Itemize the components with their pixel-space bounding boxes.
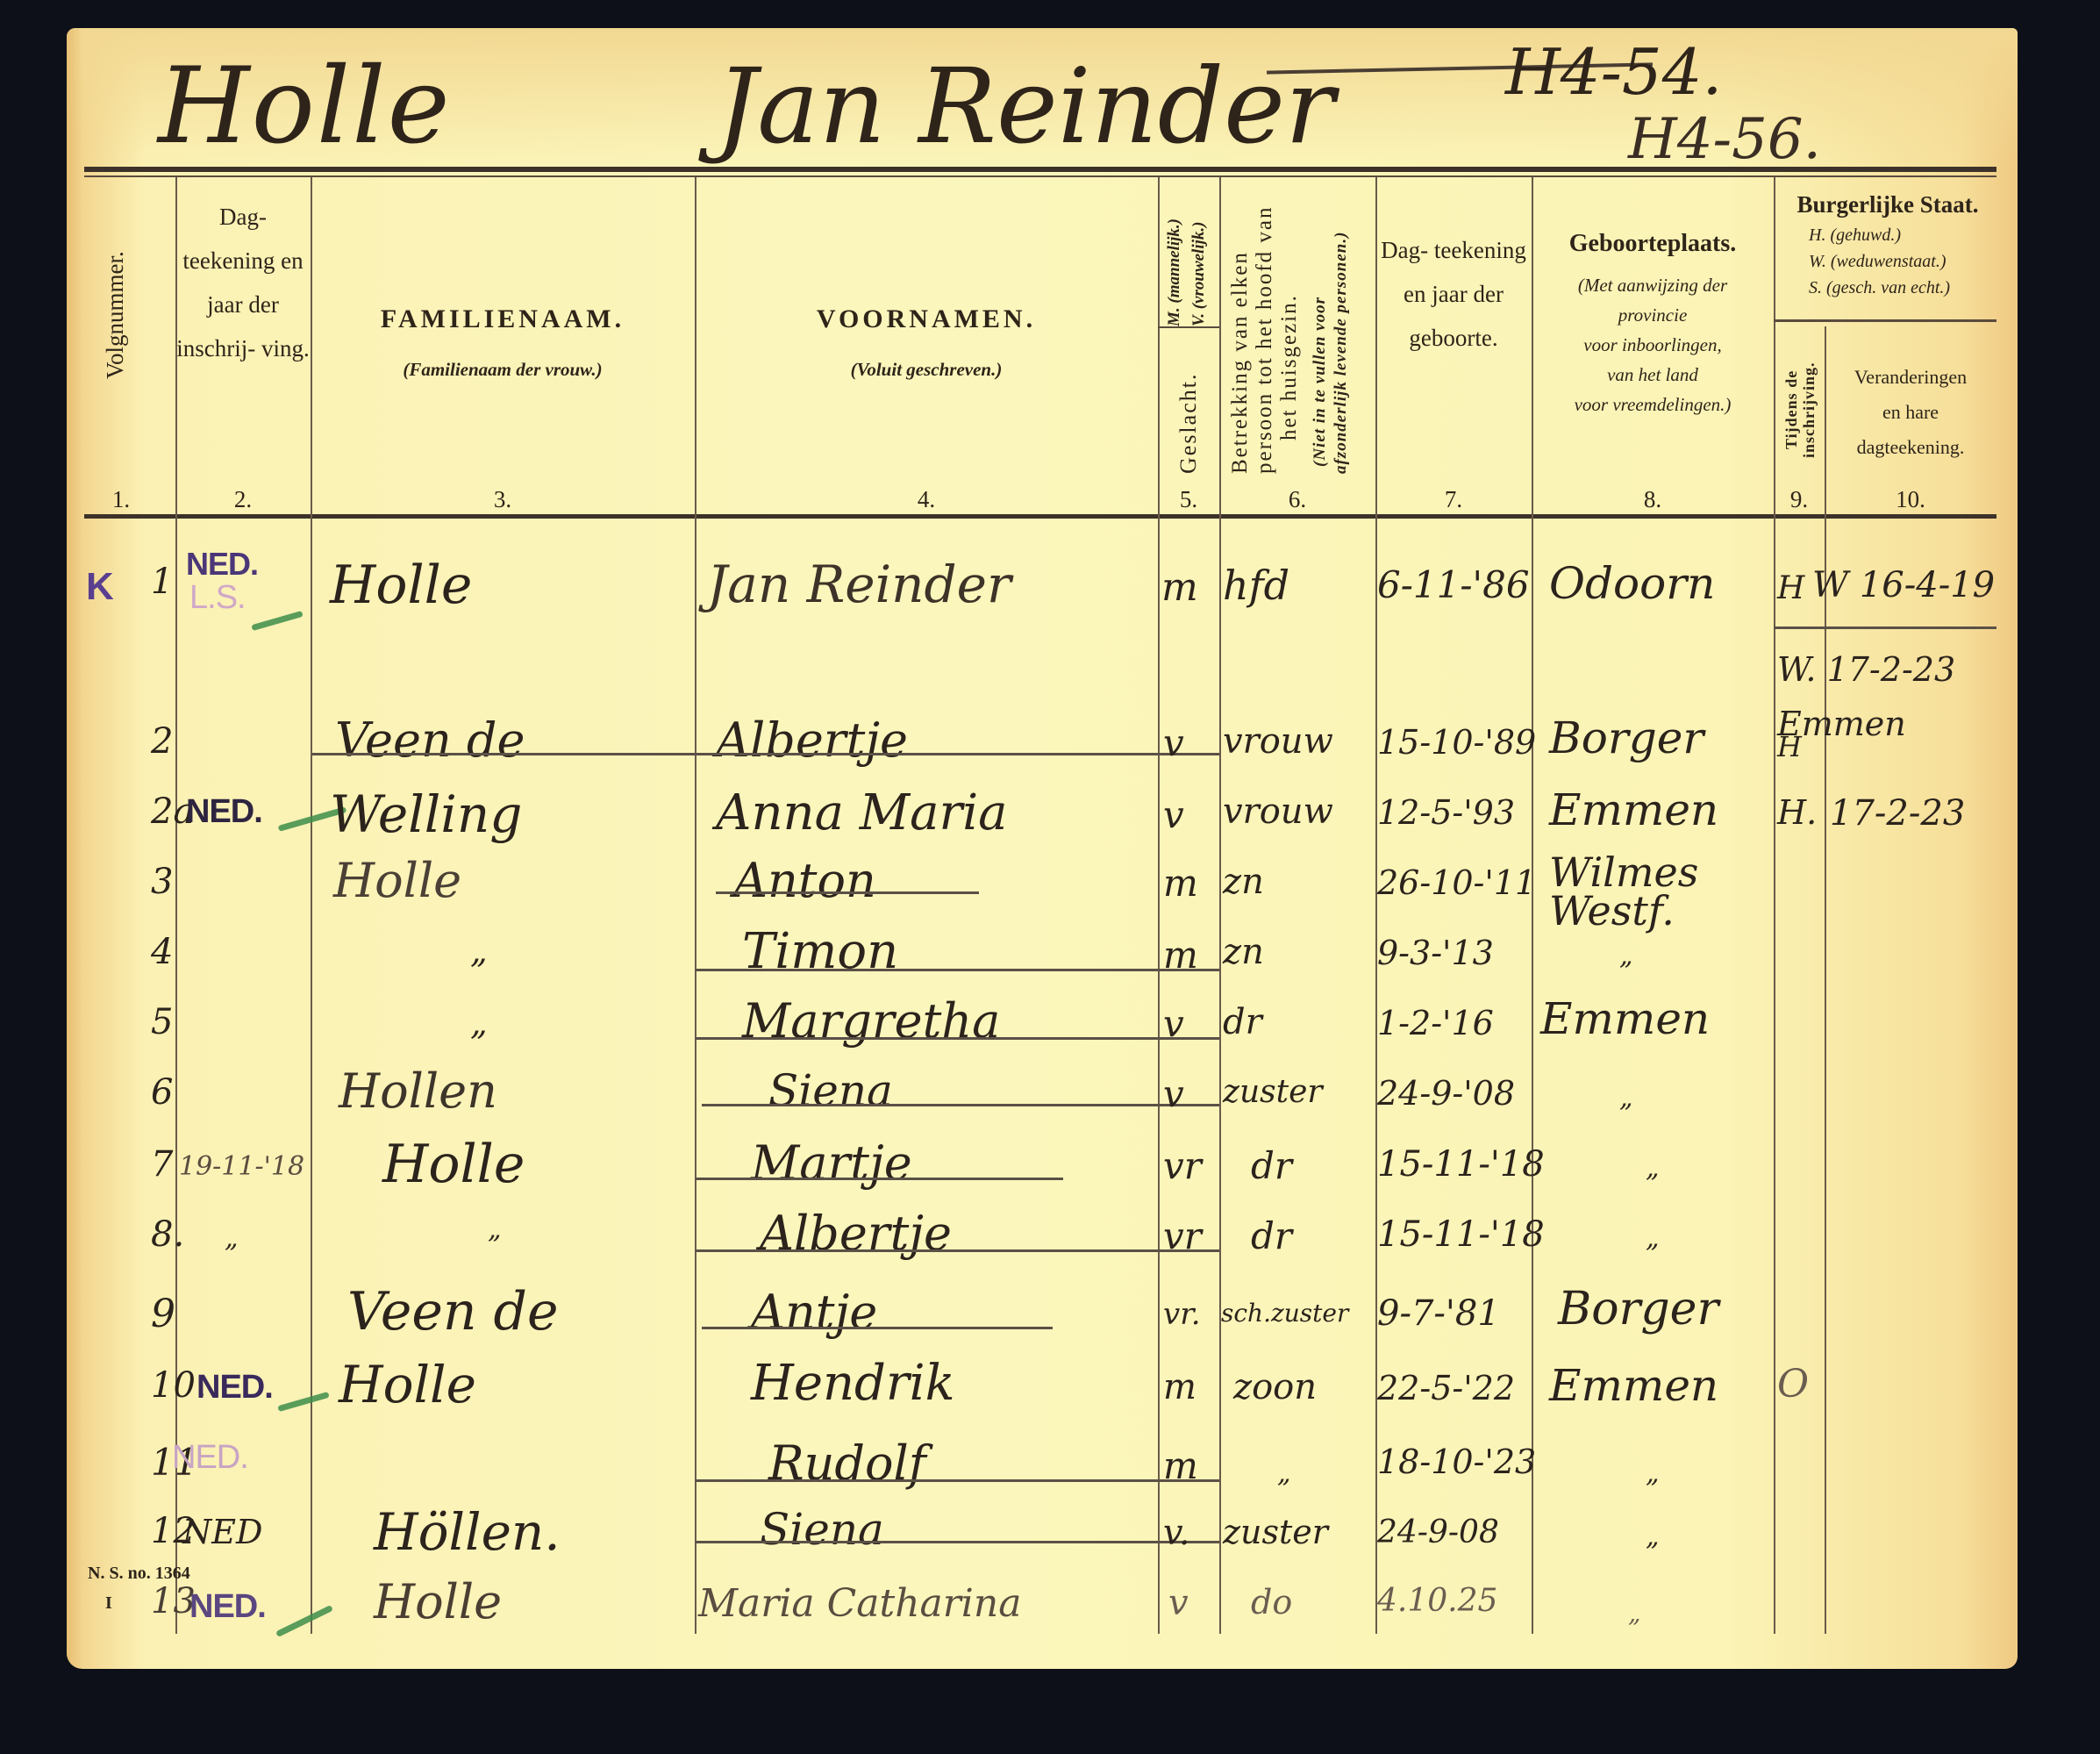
colnum-7: 7. — [1375, 486, 1532, 513]
row-given: Anna Maria — [716, 784, 1008, 841]
hdr-ver-1: Veranderingen — [1825, 360, 1996, 395]
row-birth: 26-10-'11 — [1377, 863, 1536, 902]
row-changes: W. 17-2-23 Emmen — [1777, 642, 1988, 751]
row-sex: m — [1163, 934, 1198, 977]
row-place: „ — [1646, 1458, 1660, 1489]
hdr-geboortedatum: Dag- teekening en jaar der geboorte. — [1375, 228, 1532, 360]
row-surname: Welling — [330, 784, 522, 844]
hdr-tijdens-1: Tijdens de — [1782, 370, 1801, 449]
row-civil: H. — [1777, 793, 1817, 832]
green-check-mark — [251, 611, 304, 631]
hdr-betrekking-sub-2: afzonderlijk levende personen.) — [1332, 232, 1351, 474]
row-sex: m — [1163, 862, 1198, 905]
hdr-gp-sub-3: voor inboorlingen, — [1532, 330, 1774, 360]
row-place: Emmen — [1549, 784, 1718, 835]
stamp-ned: NED. — [196, 1369, 273, 1407]
row-given: Siena — [768, 1065, 893, 1116]
row-surname: Veen de — [347, 1281, 558, 1342]
row-civil: H — [1777, 570, 1804, 606]
strike-line — [312, 753, 1219, 755]
row-date-reg: „ — [225, 1223, 239, 1254]
row-sex: vr. — [1163, 1297, 1201, 1332]
row-changes: 17-2-23 — [1830, 793, 1965, 834]
hdr-betrekking-2: persoon tot het hoofd van — [1253, 205, 1277, 474]
row-surname: Holle — [333, 853, 461, 908]
row-surname: „ — [470, 1004, 488, 1042]
row-place: „ — [1646, 1521, 1660, 1552]
row-given: Albertje — [716, 712, 908, 768]
row-surname: Holle — [330, 555, 472, 616]
hdr-gp-sub-1: (Met aanwijzing der — [1532, 270, 1774, 300]
stamp-ned-faint: NED. — [172, 1439, 248, 1477]
colnum-9: 9. — [1774, 486, 1825, 513]
row-civil: H — [1777, 730, 1802, 763]
row-place: Borger — [1549, 712, 1704, 763]
form-code-sub: I — [105, 1593, 112, 1614]
hdr-bs-s: S. (gesch. van echt.) — [1809, 275, 2002, 301]
col-divider-1 — [175, 177, 177, 1634]
hdr-dagteekening-inschrijving: Dag- teekening en jaar der inschrij- vin… — [175, 195, 311, 370]
row-sex: v — [1163, 1072, 1184, 1115]
row-birth: 9-3-'13 — [1377, 934, 1494, 972]
stamp-ned: NED. — [186, 546, 258, 583]
row-relation: vrouw — [1223, 791, 1333, 832]
row-birth: 18-10-'23 — [1377, 1443, 1536, 1481]
strike-line — [716, 891, 979, 894]
colnum-4: 4. — [695, 486, 1158, 513]
strike-line — [702, 1104, 1219, 1106]
ref-struck: H4-54. — [1505, 35, 1722, 109]
row-birth: 15-10-'89 — [1377, 723, 1536, 762]
strike-line — [702, 1327, 1053, 1329]
row-relation: dr — [1251, 1144, 1292, 1187]
row-birth: 22-5-'22 — [1377, 1369, 1515, 1407]
card-title-row: Holle Jan Reinder H4-54. H4-56. — [67, 28, 2018, 168]
row-place: Borger — [1558, 1283, 1718, 1335]
row-relation: zn — [1223, 862, 1264, 902]
row-birth: 15-11-'18 — [1377, 1144, 1545, 1185]
row-mark-k: K — [86, 565, 113, 609]
hdr-burgerlijke-staat: Burgerlijke Staat. H. (gehuwd.) W. (wedu… — [1774, 191, 2002, 301]
row-sex: vr — [1163, 1144, 1202, 1187]
row-nr: 5 — [151, 1002, 173, 1042]
hdr-gp-sub-2: provincie — [1532, 300, 1774, 330]
row-relation: zuster — [1223, 1513, 1328, 1551]
col-divider-9 — [1825, 326, 1826, 1634]
row-surname: „ — [488, 1214, 502, 1245]
hdr-geboorteplaats: Geboorteplaats. (Met aanwijzing der prov… — [1532, 230, 1774, 419]
header-rule-top — [84, 167, 1996, 172]
colnum-3: 3. — [311, 486, 695, 513]
row-nr: 8. — [151, 1214, 184, 1255]
row-surname: Holle — [382, 1134, 525, 1195]
row-surname: Holle — [374, 1574, 502, 1629]
row-given: Anton — [733, 853, 876, 908]
stamp-ned: NED. — [189, 1588, 266, 1626]
row-birth: 24-9-'08 — [1377, 1074, 1515, 1113]
col-divider-8 — [1774, 177, 1775, 1634]
row-sex: v — [1163, 793, 1184, 836]
hdr-betrekking-1: Betrekking van elken — [1228, 251, 1253, 474]
row-nr: 4 — [151, 932, 173, 972]
burg-staat-rule — [1774, 319, 1996, 322]
hdr-bs-h: H. (gehuwd.) — [1809, 222, 2002, 248]
hdr-familienaam-sub: (Familienaam der vrouw.) — [311, 359, 695, 381]
strike-line — [1774, 626, 1996, 629]
row-nr: 6 — [151, 1072, 173, 1113]
row-birth: 12-5-'93 — [1377, 793, 1515, 832]
row-place: „ — [1619, 941, 1633, 971]
row-place: Odoorn — [1549, 558, 1715, 609]
row-given: Martje — [751, 1135, 912, 1191]
strike-line — [695, 1178, 1063, 1180]
row-sex: vr — [1163, 1214, 1202, 1257]
strike-line — [695, 1541, 1219, 1543]
row-given: Margretha — [742, 993, 1000, 1049]
hdr-ver-2: en hare — [1825, 395, 1996, 430]
stamp-ned: NED. — [186, 793, 262, 831]
header-rule-bottom — [84, 514, 1996, 519]
row-birth: 1-2-'16 — [1377, 1004, 1494, 1042]
colnum-6: 6. — [1219, 486, 1375, 513]
strike-line — [695, 1249, 1219, 1252]
row-sex: m — [1163, 1444, 1198, 1487]
head-given-names: Jan Reinder — [716, 46, 1334, 167]
row-given: Maria Catharina — [698, 1581, 1021, 1626]
row-sex: v — [1163, 1002, 1184, 1045]
hdr-voornamen: VOORNAMEN. (Voluit geschreven.) — [695, 304, 1158, 381]
row-relation: hfd — [1223, 562, 1289, 609]
row-place: „ — [1619, 1083, 1633, 1113]
row-given: Hendrik — [751, 1355, 955, 1412]
row-surname: Hollen — [339, 1063, 497, 1119]
row-given: Siena — [760, 1504, 884, 1555]
row-nr: 7 — [151, 1144, 173, 1185]
row-birth: 9-7-'81 — [1377, 1293, 1500, 1334]
registration-card: Holle Jan Reinder H4-54. H4-56. Volgnumm… — [67, 28, 2018, 1669]
row-relation: zuster — [1223, 1074, 1323, 1110]
row-nr: 3 — [151, 862, 173, 902]
row-given: Timon — [742, 923, 898, 980]
hdr-tijdens-2: inschrijving. — [1800, 362, 1818, 458]
row-surname: Höllen. — [374, 1502, 561, 1562]
row-surname: „ — [470, 932, 488, 970]
row-birth: 24-9-08 — [1377, 1514, 1499, 1550]
hdr-betrekking-3: het huisgezin. — [1277, 294, 1302, 440]
row-relation: zn — [1223, 932, 1264, 972]
row-birth: 6-11-'86 — [1377, 563, 1530, 606]
col-divider-4 — [1158, 177, 1160, 1634]
col-divider-6 — [1375, 177, 1377, 1634]
row-relation: zoon — [1233, 1367, 1317, 1407]
row-given: Jan Reinder — [707, 555, 1011, 614]
row-relation: „ — [1277, 1458, 1291, 1489]
row-place: Emmen — [1549, 1360, 1718, 1411]
row-nr: 9 — [151, 1292, 175, 1336]
row-sex: m — [1163, 1367, 1196, 1407]
strike-line — [695, 1037, 1219, 1040]
colnum-10: 10. — [1825, 486, 1996, 513]
row-place: „ — [1646, 1153, 1660, 1184]
row-relation: dr — [1251, 1214, 1292, 1257]
row-civil: O — [1777, 1362, 1809, 1407]
row-relation: dr — [1223, 1002, 1262, 1042]
hdr-voornamen-sub: (Voluit geschreven.) — [695, 359, 1158, 381]
hdr-bs-w: W. (weduwenstaat.) — [1809, 248, 2002, 275]
row-place: „ — [1646, 1223, 1660, 1254]
ref-current: H4-56. — [1628, 107, 1821, 172]
hdr-gp-sub-5: voor vreemdelingen.) — [1532, 390, 1774, 419]
row-date-reg: 19-11-'18 — [179, 1151, 304, 1182]
row-surname: Holle — [339, 1355, 476, 1414]
hdr-sex-v: V. (vrouwelijk.) — [1189, 222, 1209, 326]
hdr-betrekking-sub-1: (Niet in te vullen voor — [1311, 297, 1330, 467]
hdr-bs-title: Burgerlijke Staat. — [1774, 191, 2002, 218]
hdr-gp-sub-4: van het land — [1532, 360, 1774, 390]
row-relation: do — [1251, 1583, 1292, 1622]
hdr-geboorteplaats-title: Geboorteplaats. — [1532, 230, 1774, 258]
sex-rule — [1158, 326, 1219, 328]
hdr-ver-3: dagteekening. — [1825, 430, 1996, 465]
hdr-familienaam-title: FAMILIENAAM. — [311, 304, 695, 334]
row-sex: v — [1168, 1583, 1189, 1623]
row-given: Albertje — [760, 1206, 952, 1261]
strike-line — [695, 969, 1219, 971]
hdr-veranderingen: Veranderingen en hare dagteekening. — [1825, 360, 1996, 465]
col-divider-5 — [1219, 177, 1221, 1634]
row-surname: Veen de — [335, 712, 525, 768]
row-relation: vrouw — [1223, 721, 1333, 762]
hdr-geslacht: Geslacht. — [1175, 373, 1202, 474]
row-nr: 2 — [151, 721, 173, 762]
col-divider-3 — [695, 177, 696, 1634]
colnum-1: 1. — [67, 486, 175, 513]
head-surname: Holle — [158, 46, 452, 168]
green-check-mark — [277, 1392, 330, 1412]
hdr-bs-legend: H. (gehuwd.) W. (weduwenstaat.) S. (gesc… — [1774, 222, 2002, 301]
row-place: Wilmes Westf. — [1549, 853, 1725, 930]
row-nr: 1 — [151, 562, 173, 602]
strike-line — [695, 1479, 1219, 1482]
hdr-voornamen-title: VOORNAMEN. — [695, 304, 1158, 334]
hdr-sex-m: M. (mannelijk.) — [1165, 218, 1184, 326]
row-relation: sch.zuster — [1221, 1299, 1348, 1328]
stamp-ls: L.S. — [189, 579, 246, 617]
colnum-8: 8. — [1532, 486, 1774, 513]
row-sex: v. — [1163, 1513, 1190, 1553]
row-place: Emmen — [1540, 993, 1710, 1044]
hdr-volgnummer: Volgnummer. — [102, 251, 129, 379]
row-given: Rudolf — [768, 1435, 926, 1491]
stamp-ned-handwritten: NED — [182, 1513, 262, 1551]
hdr-geboorteplaats-sub: (Met aanwijzing der provincie voor inboo… — [1532, 270, 1774, 419]
green-check-mark — [275, 1605, 333, 1637]
card-edge-shadow — [67, 28, 82, 1669]
col-divider-2 — [311, 177, 312, 1634]
row-sex: v — [1163, 721, 1184, 764]
hdr-familienaam: FAMILIENAAM. (Familienaam der vrouw.) — [311, 304, 695, 381]
row-changes-struck: W 16-4-19 — [1812, 565, 1995, 605]
colnum-5: 5. — [1158, 486, 1219, 513]
row-birth: 15-11-'18 — [1377, 1214, 1545, 1255]
row-given: Antje — [751, 1285, 877, 1340]
row-birth: 4.10.25 — [1377, 1583, 1497, 1619]
header-rule-top-thin — [84, 175, 1996, 177]
colnum-2: 2. — [175, 486, 311, 513]
row-place: „ — [1628, 1599, 1641, 1628]
row-sex: m — [1161, 565, 1198, 610]
